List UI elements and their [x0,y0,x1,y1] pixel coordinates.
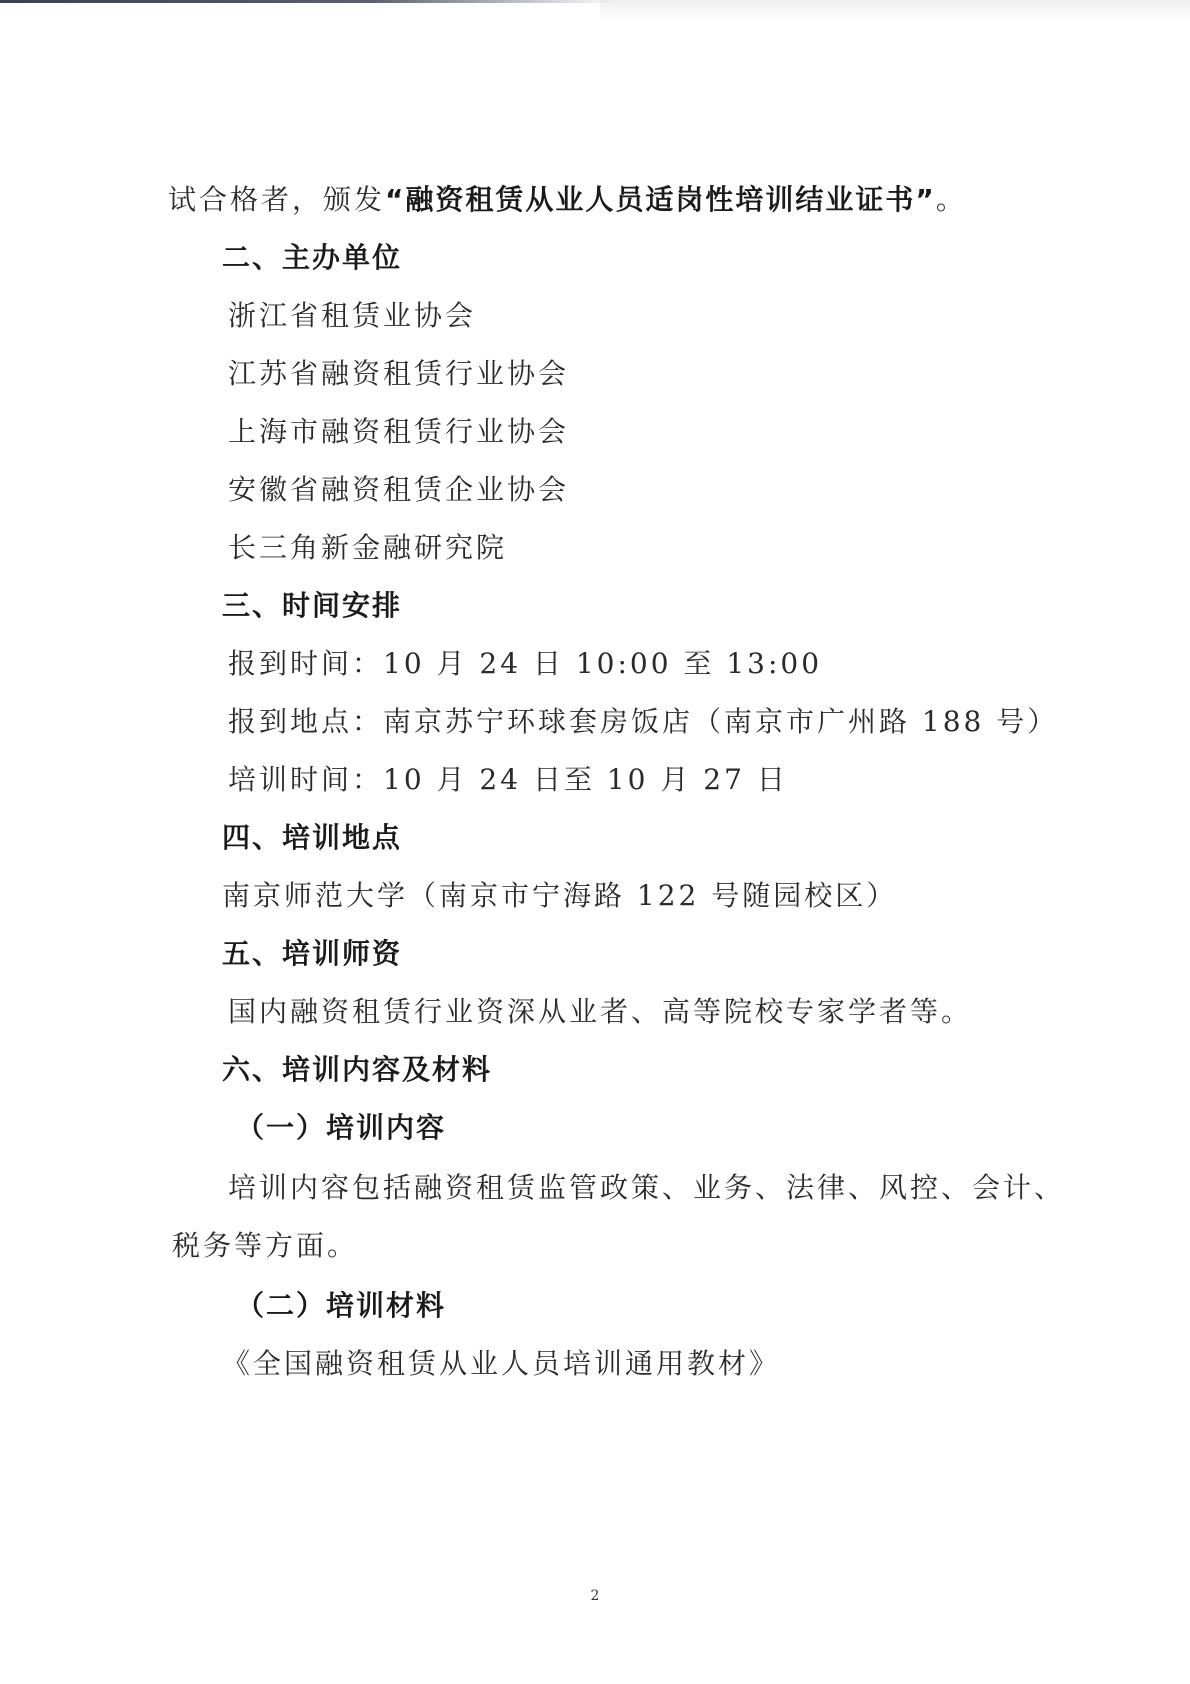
scan-shade [600,0,1190,22]
location-text: 南京师范大学（南京市宁海路 122 号随园校区） [222,878,897,914]
intro-paragraph: 试合格者，颁发“融资租赁从业人员适岗性培训结业证书”。 [168,182,967,218]
organizer-item: 江苏省融资租赁行业协会 [228,356,569,392]
section-heading-location: 四、培训地点 [222,820,402,856]
schedule-item-checkin-time: 报到时间：10 月 24 日 10:00 至 13:00 [228,646,822,682]
organizer-item: 安徽省融资租赁企业协会 [228,472,569,508]
subheading-materials: （二）培训材料 [236,1288,446,1324]
schedule-item-training-time: 培训时间：10 月 24 日至 10 月 27 日 [228,762,788,798]
page-number: 2 [0,1588,1190,1604]
subheading-content: （一）培训内容 [236,1110,446,1146]
content-text-line1: 培训内容包括融资租赁监管政策、业务、法律、风控、会计、 [228,1170,1065,1206]
certificate-name: “融资租赁从业人员适岗性培训结业证书” [385,183,936,216]
content-text-line2: 税务等方面。 [172,1228,358,1264]
scan-edge [0,0,620,3]
section-heading-organizers: 二、主办单位 [222,240,402,276]
organizer-item: 长三角新金融研究院 [228,530,507,566]
intro-prefix: 试合格者，颁发 [168,183,385,216]
intro-suffix: 。 [936,183,967,216]
section-heading-faculty: 五、培训师资 [222,936,402,972]
section-heading-schedule: 三、时间安排 [222,588,402,624]
faculty-text: 国内融资租赁行业资深从业者、高等院校专家学者等。 [228,994,972,1030]
materials-text: 《全国融资租赁从业人员培训通用教材》 [222,1346,780,1382]
schedule-item-checkin-location: 报到地点：南京苏宁环球套房饭店（南京市广州路 188 号） [228,704,1058,740]
organizer-item: 浙江省租赁业协会 [228,298,476,334]
section-heading-content-materials: 六、培训内容及材料 [222,1052,492,1088]
organizer-item: 上海市融资租赁行业协会 [228,414,569,450]
